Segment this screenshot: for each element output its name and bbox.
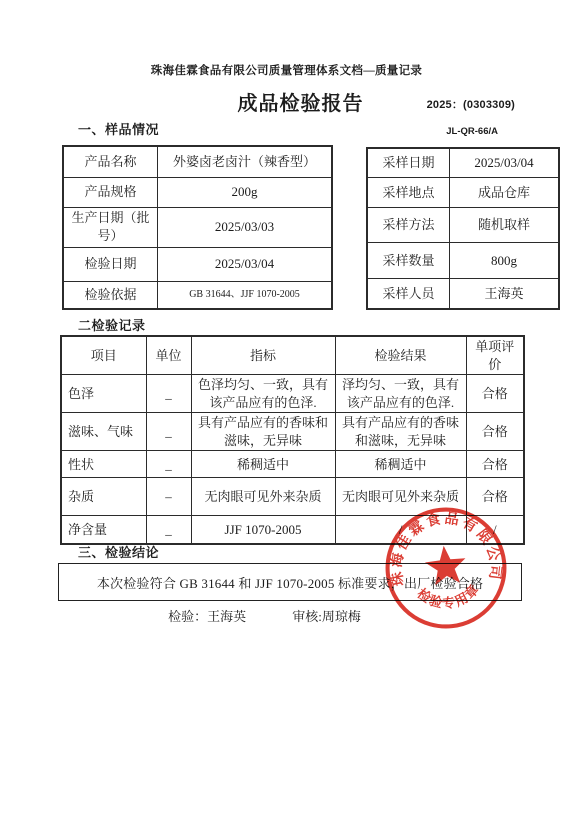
- standard-cell: 稀稠适中: [191, 451, 335, 478]
- item-cell: 色泽: [61, 375, 146, 413]
- table-row: 采样日期 2025/03/04: [367, 148, 559, 178]
- column-header: 单位: [146, 336, 191, 375]
- row-label: 采样方法: [367, 207, 450, 243]
- conclusion-box: 本次检验符合 GB 31644 和 JJF 1070-2005 标准要求，出厂检…: [58, 563, 522, 601]
- unit-cell: _: [146, 516, 191, 544]
- org-header-line: 珠海佳霖食品有限公司质量管理体系文档—质量记录: [0, 62, 573, 78]
- unit-cell: –: [146, 478, 191, 516]
- item-cell: 性状: [61, 451, 146, 478]
- row-value: 2025/03/04: [450, 148, 560, 178]
- row-value: 成品仓库: [450, 178, 560, 208]
- row-label: 采样日期: [367, 148, 450, 178]
- signature-row: 检验：王海英 审核:周琼梅: [0, 606, 551, 625]
- table-header-row: 项目 单位 指标 检验结果 单项评价: [61, 336, 524, 375]
- row-value: GB 31644、JJF 1070-2005: [158, 281, 333, 309]
- evaluation-cell: 合格: [466, 413, 524, 451]
- section-record-heading: 二检验记录: [78, 315, 146, 334]
- section-sample-heading: 一、样品情况: [78, 119, 159, 138]
- item-cell: 净含量: [61, 516, 146, 544]
- row-label: 生产日期（批号）: [63, 207, 158, 247]
- table-row: 产品规格 200g: [63, 177, 332, 207]
- standard-cell: 色泽均匀、一致，具有该产品应有的色泽.: [191, 375, 335, 413]
- inspection-table: 项目 单位 指标 检验结果 单项评价 色泽 _ 色泽均匀、一致，具有该产品应有的…: [60, 335, 525, 545]
- column-header: 单项评价: [466, 336, 524, 375]
- table-row: 采样人员 王海英: [367, 278, 559, 309]
- row-label: 采样数量: [367, 243, 450, 279]
- column-header: 项目: [61, 336, 146, 375]
- row-label: 产品名称: [63, 146, 158, 177]
- result-cell: 无肉眼可见外来杂质: [335, 478, 466, 516]
- reviewer-signature: 审核:周琼梅: [292, 606, 361, 625]
- reviewer-label: 审核:: [292, 609, 322, 624]
- inspection-row: 杂质 – 无肉眼可见外来杂质 无肉眼可见外来杂质 合格: [61, 478, 524, 516]
- sample-info-tables: 产品名称 外婆卤老卤汁（辣香型） 产品规格 200g 生产日期（批号） 2025…: [62, 145, 560, 310]
- row-value: 2025/03/04: [158, 247, 333, 281]
- result-cell: 稀稠适中: [335, 451, 466, 478]
- table-row: 检验依据 GB 31644、JJF 1070-2005: [63, 281, 332, 309]
- table-row: 产品名称 外婆卤老卤汁（辣香型）: [63, 146, 332, 177]
- conclusion-text: 本次检验符合 GB 31644 和 JJF 1070-2005 标准要求，出厂检…: [97, 573, 483, 592]
- result-cell: 泽均匀、一致，具有该产品应有的色泽.: [335, 375, 466, 413]
- evaluation-cell: 合格: [466, 478, 524, 516]
- row-value: 王海英: [450, 278, 560, 309]
- row-label: 采样人员: [367, 278, 450, 309]
- column-header: 检验结果: [335, 336, 466, 375]
- result-cell: 具有产品应有的香味和滋味，无异味: [335, 413, 466, 451]
- row-value: 2025/03/03: [158, 207, 333, 247]
- report-number: 2025：(0303309): [427, 96, 515, 112]
- evaluation-cell: 合格: [466, 375, 524, 413]
- item-cell: 杂质: [61, 478, 146, 516]
- standard-cell: 无肉眼可见外来杂质: [191, 478, 335, 516]
- row-label: 产品规格: [63, 177, 158, 207]
- row-label: 采样地点: [367, 178, 450, 208]
- sampling-info-table: 采样日期 2025/03/04 采样地点 成品仓库 采样方法 随机取样 采样数量…: [366, 147, 560, 310]
- form-number: JL-QR-66/A: [446, 126, 498, 137]
- inspection-report-page: 珠海佳霖食品有限公司质量管理体系文档—质量记录 成品检验报告 2025：(030…: [0, 0, 573, 815]
- row-value: 800g: [450, 243, 560, 279]
- standard-cell: 具有产品应有的香味和滋味，无异味: [191, 413, 335, 451]
- inspection-row: 性状 _ 稀稠适中 稀稠适中 合格: [61, 451, 524, 478]
- inspection-row: 色泽 _ 色泽均匀、一致，具有该产品应有的色泽. 泽均匀、一致，具有该产品应有的…: [61, 375, 524, 413]
- evaluation-cell: 合格: [466, 451, 524, 478]
- standard-cell: JJF 1070-2005: [191, 516, 335, 544]
- evaluation-cell: /: [466, 516, 524, 544]
- row-label: 检验日期: [63, 247, 158, 281]
- row-value: 外婆卤老卤汁（辣香型）: [158, 146, 333, 177]
- item-cell: 滋味、气味: [61, 413, 146, 451]
- table-row: 生产日期（批号） 2025/03/03: [63, 207, 332, 247]
- result-cell: /: [335, 516, 466, 544]
- table-row: 采样地点 成品仓库: [367, 178, 559, 208]
- row-label: 检验依据: [63, 281, 158, 309]
- table-row: 采样数量 800g: [367, 243, 559, 279]
- section-conclusion-heading: 三、检验结论: [78, 542, 159, 561]
- unit-cell: _: [146, 375, 191, 413]
- unit-cell: _: [146, 413, 191, 451]
- column-header: 指标: [191, 336, 335, 375]
- reviewer-name: 周琼梅: [322, 609, 361, 624]
- inspector-label: 检验：: [168, 609, 207, 624]
- inspector-signature: 检验：王海英: [168, 606, 246, 625]
- product-info-table: 产品名称 外婆卤老卤汁（辣香型） 产品规格 200g 生产日期（批号） 2025…: [62, 145, 333, 310]
- inspection-row: 滋味、气味 _ 具有产品应有的香味和滋味，无异味 具有产品应有的香味和滋味，无异…: [61, 413, 524, 451]
- inspection-row: 净含量 _ JJF 1070-2005 / /: [61, 516, 524, 544]
- row-value: 200g: [158, 177, 333, 207]
- table-row: 采样方法 随机取样: [367, 207, 559, 243]
- inspector-name: 王海英: [207, 609, 246, 624]
- table-row: 检验日期 2025/03/04: [63, 247, 332, 281]
- row-value: 随机取样: [450, 207, 560, 243]
- unit-cell: _: [146, 451, 191, 478]
